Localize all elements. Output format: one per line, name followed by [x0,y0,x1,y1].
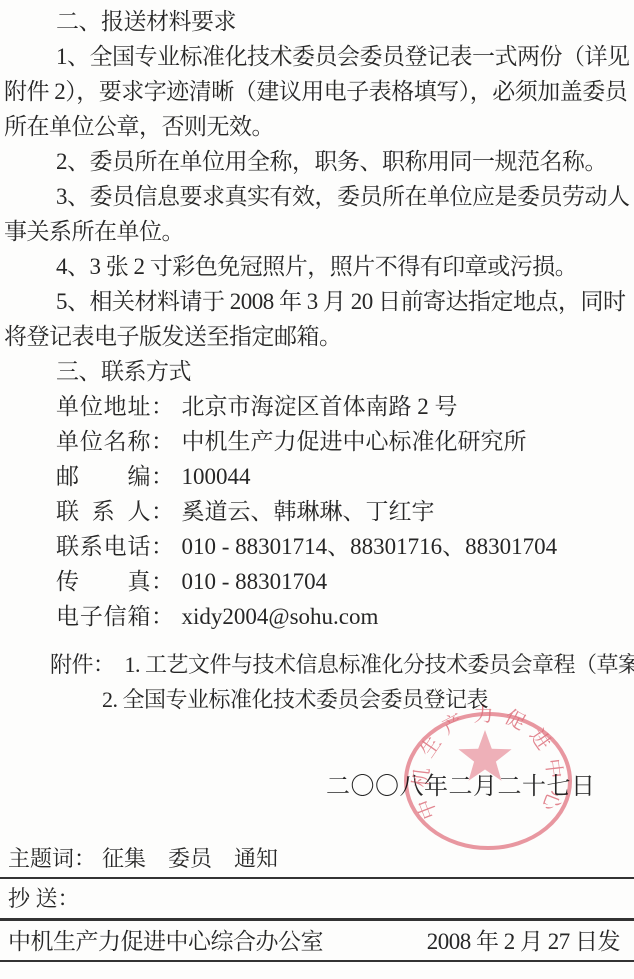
contact-colon: ： [151,494,174,529]
contact-colon: ： [151,529,174,564]
seal-star-icon [458,730,511,781]
scanned-document-page: 二、报送材料要求 1、全国专业标准化技术委员会委员登记表一式两份（详见 附件 2… [0,0,634,979]
contact-row-postcode: 邮编：100044 [0,459,634,494]
attachment-line-1: 附件：1. 工艺文件与技术信息标准化分技术委员会章程（草案） [50,647,634,682]
issuer-row: 中机生产力促进中心综合办公室 2008 年 2 月 27 日发 [0,921,634,962]
official-seal-stamp: 中机生产力促进中心 [385,688,591,860]
document-body: 二、报送材料要求 1、全国专业标准化技术委员会委员登记表一式两份（详见 附件 2… [0,4,634,634]
cc-row: 抄 送： [0,879,634,921]
attachment-item: 1. 工艺文件与技术信息标准化分技术委员会章程（草案） [125,652,634,677]
contact-row-persons: 联系人：奚道云、韩琳琳、丁红宇 [0,494,634,529]
contact-row-unit-name: 单位名称：中机生产力促进中心标准化研究所 [0,424,634,459]
body-line: 5、相关材料请于 2008 年 3 月 20 日前寄达指定地点，同时 [0,284,634,319]
issuer-office: 中机生产力促进中心综合办公室 [8,921,323,960]
contact-row-address: 单位地址：北京市海淀区首体南路 2 号 [0,389,634,424]
body-line: 1、全国专业标准化技术委员会委员登记表一式两份（详见 [0,39,634,74]
contact-value: xidy2004@sohu.com [182,604,379,629]
body-line: 2、委员所在单位用全称，职务、职称用同一规范名称。 [0,144,634,179]
contact-label: 联系电话 [56,529,150,564]
contact-label: 单位名称 [56,424,150,459]
contact-row-fax: 传真：010 - 88301704 [0,564,634,599]
contact-value: 010 - 88301704 [182,569,328,594]
attachments-label: 附件： [50,652,115,677]
subject-keywords-value: 征集 委员 通知 [102,846,278,871]
cc-label: 抄 送： [8,886,80,911]
issue-date: 2008 年 2 月 27 日发 [427,921,620,960]
contact-colon: ： [151,564,174,599]
contact-value: 奚道云、韩琳琳、丁红宇 [182,499,435,524]
body-line: 附件 2），要求字迹清晰（建议用电子表格填写），必须加盖委员 [0,74,634,109]
contact-row-phone: 联系电话：010 - 88301714、88301716、88301704 [0,529,634,564]
body-line: 事关系所在单位。 [0,214,634,249]
contact-colon: ： [151,389,174,424]
body-line: 所在单位公章，否则无效。 [0,109,634,144]
body-line: 4、3 张 2 寸彩色免冠照片，照片不得有印章或污损。 [0,249,634,284]
section-heading-2: 二、报送材料要求 [0,4,634,39]
contact-row-email: 电子信箱：xidy2004@sohu.com [0,599,634,634]
contact-value: 中机生产力促进中心标准化研究所 [182,429,527,454]
contact-label: 传真 [56,564,150,599]
body-line: 将登记表电子版发送至指定邮箱。 [0,319,634,354]
subject-keywords-label: 主题词： [8,846,96,871]
contact-label: 单位地址 [56,389,150,424]
contact-colon: ： [151,459,174,494]
contact-label: 电子信箱 [56,599,150,634]
body-line: 3、委员信息要求真实有效，委员所在单位应是委员劳动人 [0,179,634,214]
subject-keywords-row: 主题词：征集 委员 通知 [0,841,634,879]
contact-label: 邮编 [56,459,150,494]
contact-label: 联系人 [56,494,150,529]
contact-value: 北京市海淀区首体南路 2 号 [182,394,458,419]
contact-value: 010 - 88301714、88301716、88301704 [182,534,558,559]
contact-value: 100044 [182,464,251,489]
contact-colon: ： [151,424,174,459]
contact-colon: ： [151,599,174,634]
section-heading-3: 三、联系方式 [0,354,634,389]
